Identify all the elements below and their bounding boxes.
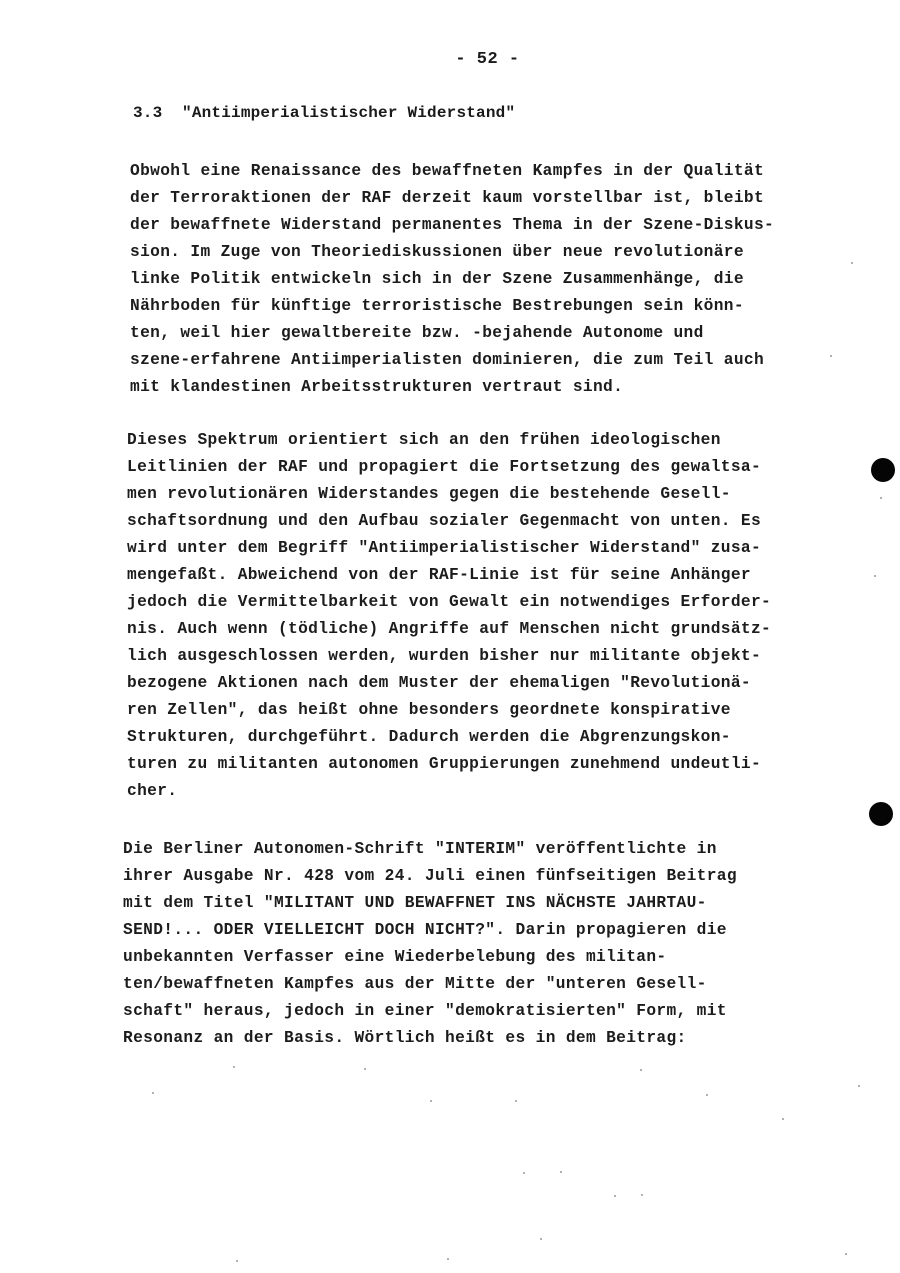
speck	[845, 1253, 847, 1255]
speck	[540, 1238, 542, 1240]
speck	[236, 1260, 238, 1262]
text-line: Dieses Spektrum orientiert sich an den f…	[127, 427, 771, 454]
speck	[614, 1195, 616, 1197]
paragraph-1: Obwohl eine Renaissance des bewaffneten …	[130, 158, 774, 401]
text-line: schaftsordnung und den Aufbau sozialer G…	[127, 508, 771, 535]
text-line: sion. Im Zuge von Theoriediskussionen üb…	[130, 239, 774, 266]
text-line: turen zu militanten autonomen Gruppierun…	[127, 751, 771, 778]
speck	[364, 1068, 366, 1070]
speck	[523, 1172, 525, 1174]
text-line: ren Zellen", das heißt ohne besonders ge…	[127, 697, 771, 724]
text-line: SEND!... ODER VIELLEICHT DOCH NICHT?". D…	[123, 917, 737, 944]
text-line: Leitlinien der RAF und propagiert die Fo…	[127, 454, 771, 481]
speck	[640, 1069, 642, 1071]
text-line: mengefaßt. Abweichend von der RAF-Linie …	[127, 562, 771, 589]
text-line: ten, weil hier gewaltbereite bzw. -bejah…	[130, 320, 774, 347]
text-line: der bewaffnete Widerstand permanentes Th…	[130, 212, 774, 239]
speck	[851, 262, 853, 264]
speck	[874, 575, 876, 577]
text-line: Obwohl eine Renaissance des bewaffneten …	[130, 158, 774, 185]
page-number: - 52 -	[0, 50, 900, 69]
text-line: Resonanz an der Basis. Wörtlich heißt es…	[123, 1025, 737, 1052]
speck	[560, 1171, 562, 1173]
text-line: der Terroraktionen der RAF derzeit kaum …	[130, 185, 774, 212]
speck	[152, 1092, 154, 1094]
text-line: unbekannten Verfasser eine Wiederbelebun…	[123, 944, 737, 971]
paragraph-2: Dieses Spektrum orientiert sich an den f…	[127, 427, 771, 805]
speck	[641, 1194, 643, 1196]
speck	[782, 1118, 784, 1120]
speck	[880, 497, 882, 499]
text-line: ten/bewaffneten Kampfes aus der Mitte de…	[123, 971, 737, 998]
text-line: Nährboden für künftige terroristische Be…	[130, 293, 774, 320]
speck	[233, 1066, 235, 1068]
text-line: wird unter dem Begriff "Antiimperialisti…	[127, 535, 771, 562]
text-line: szene-erfahrene Antiimperialisten domini…	[130, 347, 774, 374]
speck	[447, 1258, 449, 1260]
text-line: mit klandestinen Arbeitsstrukturen vertr…	[130, 374, 774, 401]
punch-hole-icon	[869, 802, 893, 826]
speck	[830, 355, 832, 357]
text-line: Die Berliner Autonomen-Schrift "INTERIM"…	[123, 836, 737, 863]
text-line: linke Politik entwickeln sich in der Sze…	[130, 266, 774, 293]
document-page: - 52 - 3.3 "Antiimperialistischer Widers…	[0, 0, 900, 1273]
text-line: jedoch die Vermittelbarkeit von Gewalt e…	[127, 589, 771, 616]
text-line: Strukturen, durchgeführt. Dadurch werden…	[127, 724, 771, 751]
text-line: men revolutionären Widerstandes gegen di…	[127, 481, 771, 508]
speck	[706, 1094, 708, 1096]
speck	[858, 1085, 860, 1087]
text-line: schaft" heraus, jedoch in einer "demokra…	[123, 998, 737, 1025]
section-heading: 3.3 "Antiimperialistischer Widerstand"	[133, 104, 515, 122]
section-title: "Antiimperialistischer Widerstand"	[182, 104, 515, 122]
text-line: ihrer Ausgabe Nr. 428 vom 24. Juli einen…	[123, 863, 737, 890]
text-line: bezogene Aktionen nach dem Muster der eh…	[127, 670, 771, 697]
text-line: mit dem Titel "MILITANT UND BEWAFFNET IN…	[123, 890, 737, 917]
text-line: nis. Auch wenn (tödliche) Angriffe auf M…	[127, 616, 771, 643]
paragraph-3: Die Berliner Autonomen-Schrift "INTERIM"…	[123, 836, 737, 1052]
punch-hole-icon	[871, 458, 895, 482]
speck	[515, 1100, 517, 1102]
speck	[430, 1100, 432, 1102]
section-number: 3.3	[133, 104, 162, 122]
text-line: cher.	[127, 778, 771, 805]
text-line: lich ausgeschlossen werden, wurden bishe…	[127, 643, 771, 670]
